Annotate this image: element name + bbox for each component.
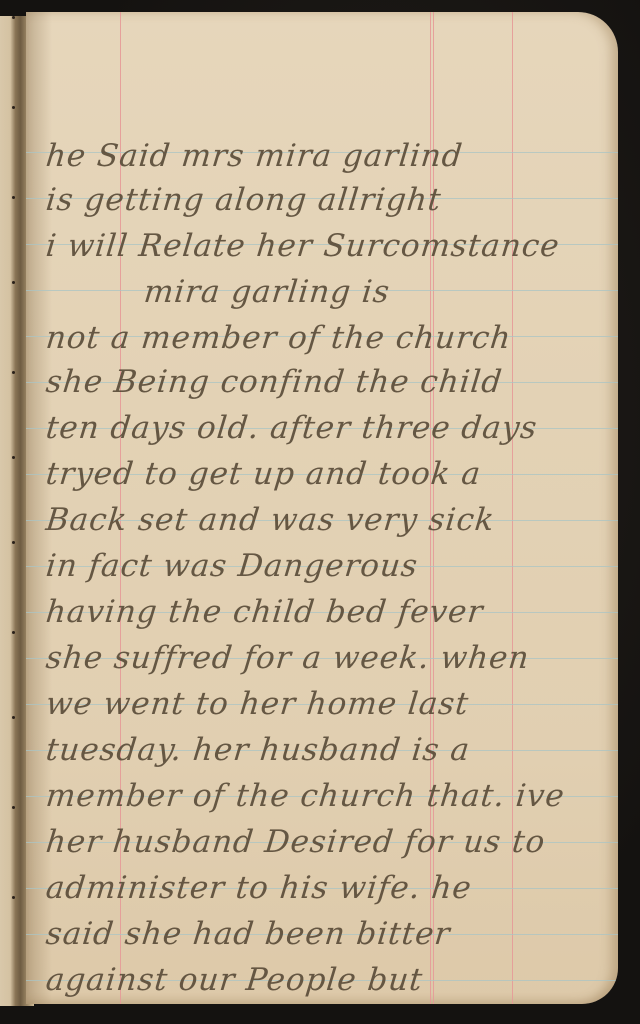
text-line: said she had been bitter [44, 916, 452, 952]
ink-mark [12, 896, 15, 899]
text-line: he Said mrs mira garlind [44, 138, 465, 174]
text-line: she Being confind the child [44, 364, 504, 400]
ink-mark [12, 196, 15, 199]
text-line: mira garling is [142, 274, 392, 310]
ink-mark [12, 16, 15, 19]
ink-mark [12, 106, 15, 109]
text-line: we went to her home last [44, 686, 471, 722]
ink-mark [12, 631, 15, 634]
text-line: not a member of the church [44, 320, 513, 356]
text-line: she suffred for a week. when [44, 640, 531, 676]
handwritten-text: he Said mrs mira garlind is getting alon… [26, 12, 618, 1004]
ink-mark [12, 281, 15, 284]
text-line: ten days old. after three days [44, 410, 539, 446]
text-line: having the child bed fever [44, 594, 485, 630]
text-line: i will Relate her Surcomstance [44, 228, 561, 264]
text-line: tryed to get up and took a [44, 456, 483, 492]
ink-mark [12, 456, 15, 459]
text-line: is getting along allright [44, 182, 443, 218]
text-line: administer to his wife. he [44, 870, 474, 906]
text-line: against our People but [44, 962, 425, 998]
ink-mark [12, 371, 15, 374]
ink-mark [12, 806, 15, 809]
text-line: in fact was Dangerous [44, 548, 420, 584]
ink-mark [12, 716, 15, 719]
text-line: member of the church that. ive [44, 778, 567, 814]
text-line: her husband Desired for us to [44, 824, 547, 860]
scan-background: he Said mrs mira garlind is getting alon… [0, 0, 640, 1024]
notebook-page: he Said mrs mira garlind is getting alon… [26, 12, 618, 1004]
ink-mark [12, 541, 15, 544]
text-line: tuesday. her husband is a [44, 732, 472, 768]
text-line: Back set and was very sick [44, 502, 497, 538]
